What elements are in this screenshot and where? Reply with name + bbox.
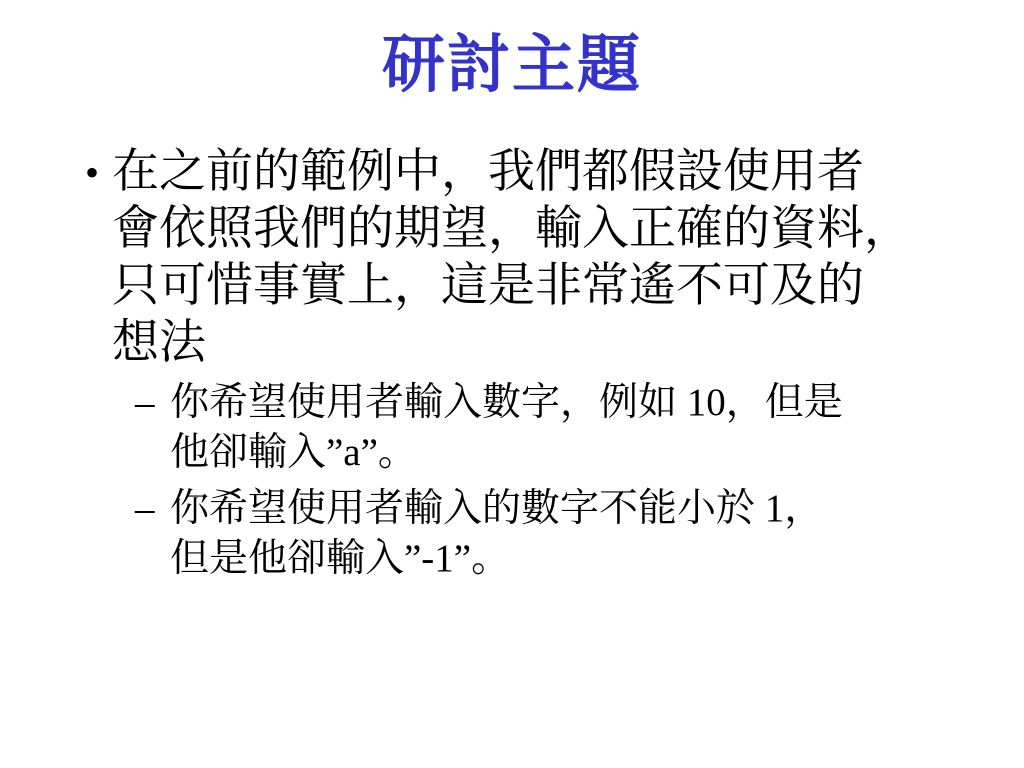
sub-bullet-item-1: – 你希望使用者輸入數字，例如 10，但是 他卻輸入”a”。 <box>135 378 994 478</box>
sub-bullet-item-2-text: 你希望使用者輸入的數字不能小於 1， 但是他卻輸入”-1”。 <box>170 484 994 584</box>
slide-title: 研討主題 <box>0 0 1024 100</box>
text-line: 在之前的範例中，我們都假設使用者 <box>112 144 994 201</box>
text-line: 他卻輸入”a”。 <box>170 428 994 478</box>
dash-bullet-icon: – <box>135 378 170 428</box>
dash-bullet-icon: – <box>135 484 170 534</box>
sub-bullet-item-1-text: 你希望使用者輸入數字，例如 10，但是 他卻輸入”a”。 <box>170 378 994 478</box>
text-line: 只可惜事實上，這是非常遙不可及的 <box>112 258 994 315</box>
text-line: 會依照我們的期望，輸入正確的資料， <box>112 201 994 258</box>
sub-bullet-item-2: – 你希望使用者輸入的數字不能小於 1， 但是他卻輸入”-1”。 <box>135 484 994 584</box>
bullet-item-1-text: 在之前的範例中，我們都假設使用者 會依照我們的期望，輸入正確的資料， 只可惜事實… <box>112 144 994 372</box>
text-line: 但是他卻輸入”-1”。 <box>170 534 994 584</box>
text-line: 你希望使用者輸入的數字不能小於 1， <box>170 484 994 534</box>
round-bullet-icon: • <box>85 144 112 201</box>
bullet-item-1: • 在之前的範例中，我們都假設使用者 會依照我們的期望，輸入正確的資料， 只可惜… <box>85 144 994 372</box>
slide-body: • 在之前的範例中，我們都假設使用者 會依照我們的期望，輸入正確的資料， 只可惜… <box>0 144 1024 584</box>
slide: 研討主題 • 在之前的範例中，我們都假設使用者 會依照我們的期望，輸入正確的資料… <box>0 0 1024 768</box>
text-line: 你希望使用者輸入數字，例如 10，但是 <box>170 378 994 428</box>
text-line: 想法 <box>112 315 994 372</box>
